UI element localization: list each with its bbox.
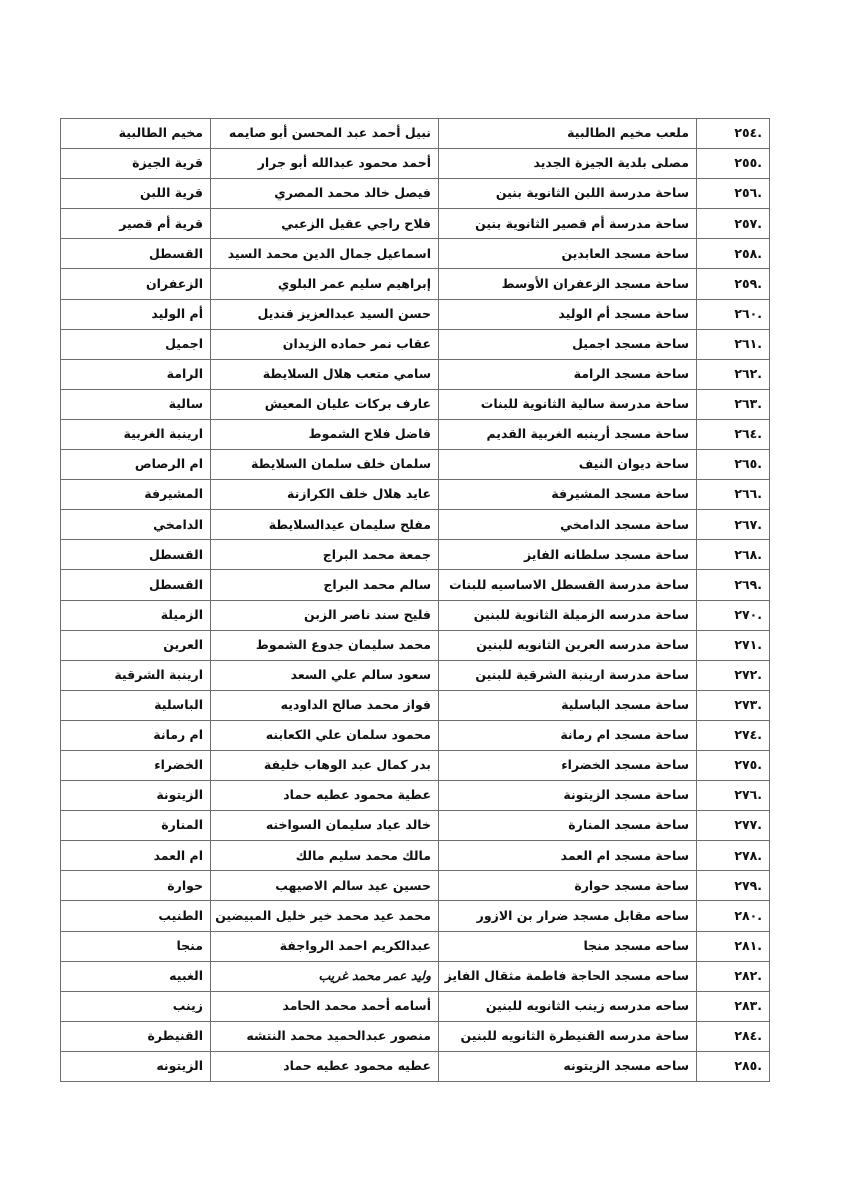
- row-number: .٢٨٠: [697, 901, 770, 931]
- area-cell: الغبيه: [61, 961, 211, 991]
- area-cell: العرين: [61, 630, 211, 660]
- site-cell: ساحة مسجد الخضراء: [439, 750, 697, 780]
- row-number: .٢٥٩: [697, 269, 770, 299]
- table-row: .٢٦٧ساحة مسجد الدامخيمفلح سليمان عيدالسل…: [61, 510, 770, 540]
- area-cell: ارينبة الشرقية: [61, 660, 211, 690]
- responsible-name-cell: فواز محمد صالح الداوديه: [211, 690, 439, 720]
- site-cell: ساحه مقابل مسجد ضرار بن الازور: [439, 901, 697, 931]
- table-row: .٢٧٤ساحة مسجد ام رمانةمحمود سلمان علي ال…: [61, 720, 770, 750]
- row-number: .٢٧٥: [697, 750, 770, 780]
- row-number: .٢٥٤: [697, 119, 770, 149]
- row-number: .٢٦٦: [697, 480, 770, 510]
- site-cell: ساحة مسجد الدامخي: [439, 510, 697, 540]
- responsible-name-cell: عطية محمود عطيه حماد: [211, 781, 439, 811]
- area-cell: الباسلية: [61, 690, 211, 720]
- responsible-name-cell: اسماعيل جمال الدين محمد السيد: [211, 239, 439, 269]
- site-cell: ساحة مدرسه العرين الثانويه للبنين: [439, 630, 697, 660]
- table-row: .٢٦٤ساحة مسجد أرينبه الغربية القديمفاضل …: [61, 419, 770, 449]
- row-number: .٢٦٨: [697, 540, 770, 570]
- site-cell: ساحة مسجد الزعفران الأوسط: [439, 269, 697, 299]
- site-cell: ساحة مسجد ام العمد: [439, 841, 697, 871]
- row-number: .٢٥٥: [697, 149, 770, 179]
- responsible-name-cell: عايد هلال خلف الكرازنة: [211, 480, 439, 510]
- area-cell: القنيطرة: [61, 1021, 211, 1051]
- table-row: .٢٦٢ساحة مسجد الرامةسامي متعب هلال السلا…: [61, 359, 770, 389]
- row-number: .٢٧٤: [697, 720, 770, 750]
- table-row: .٢٥٧ساحة مدرسة أم قصير الثانوية بنينفلاح…: [61, 209, 770, 239]
- site-cell: ساحة مسجد سلطانه الفايز: [439, 540, 697, 570]
- responsible-name-cell: أحمد محمود عبدالله أبو جرار: [211, 149, 439, 179]
- responsible-name-cell: أسامه أحمد محمد الحامد: [211, 991, 439, 1021]
- table-row: .٢٨٥ساحه مسجد الزيتونهعطيه محمود عطيه حم…: [61, 1051, 770, 1081]
- table-row: .٢٧٧ساحة مسجد المنارةخالد عياد سليمان ال…: [61, 811, 770, 841]
- sites-table-body: .٢٥٤ملعب مخيم الطالبيةنبيل أحمد عبد المح…: [61, 119, 770, 1082]
- area-cell: المنارة: [61, 811, 211, 841]
- responsible-name-cell: سامي متعب هلال السلايطة: [211, 359, 439, 389]
- row-number: .٢٧١: [697, 630, 770, 660]
- area-cell: القسطل: [61, 239, 211, 269]
- site-cell: ساحة مسجد المشيرفة: [439, 480, 697, 510]
- area-cell: قرية الجيزة: [61, 149, 211, 179]
- table-row: .٢٦٦ساحة مسجد المشيرفةعايد هلال خلف الكر…: [61, 480, 770, 510]
- site-cell: مصلى بلدية الجيزة الجديد: [439, 149, 697, 179]
- site-cell: ساحة مسجد الزيتونة: [439, 781, 697, 811]
- table-row: .٢٧٨ساحة مسجد ام العمدمالك محمد سليم مال…: [61, 841, 770, 871]
- area-cell: اجميل: [61, 329, 211, 359]
- row-number: .٢٦٧: [697, 510, 770, 540]
- table-row: .٢٧٢ساحة مدرسة ارينبة الشرقية للبنينسعود…: [61, 660, 770, 690]
- row-number: .٢٦٠: [697, 299, 770, 329]
- table-row: .٢٥٤ملعب مخيم الطالبيةنبيل أحمد عبد المح…: [61, 119, 770, 149]
- responsible-name-cell: سلمان خلف سلمان السلايطة: [211, 450, 439, 480]
- area-cell: ام العمد: [61, 841, 211, 871]
- area-cell: ام رمانة: [61, 720, 211, 750]
- site-cell: ساحة مدرسة اللبن الثانوية بنين: [439, 179, 697, 209]
- row-number: .٢٧٠: [697, 600, 770, 630]
- area-cell: الزيتونه: [61, 1051, 211, 1081]
- row-number: .٢٦٣: [697, 389, 770, 419]
- responsible-name-cell: نبيل أحمد عبد المحسن أبو صايمه: [211, 119, 439, 149]
- table-row: .٢٧٣ساحة مسجد الباسليةفواز محمد صالح الد…: [61, 690, 770, 720]
- site-cell: ساحة مدرسة سالية الثانوية للبنات: [439, 389, 697, 419]
- site-cell: ساحة مدرسة القسطل الاساسيه للبنات: [439, 570, 697, 600]
- row-number: .٢٨٥: [697, 1051, 770, 1081]
- responsible-name-cell: بدر كمال عبد الوهاب خليفة: [211, 750, 439, 780]
- table-row: .٢٧٦ساحة مسجد الزيتونةعطية محمود عطيه حم…: [61, 781, 770, 811]
- site-cell: ساحة مدرسه القنيطرة الثانويه للبنين: [439, 1021, 697, 1051]
- responsible-name-cell: محمد سليمان جدوع الشموط: [211, 630, 439, 660]
- row-number: .٢٧٣: [697, 690, 770, 720]
- area-cell: القسطل: [61, 570, 211, 600]
- table-row: .٢٥٩ساحة مسجد الزعفران الأوسطإبراهيم سلي…: [61, 269, 770, 299]
- table-row: .٢٨٣ساحه مدرسه زينب الثانويه للبنينأسامه…: [61, 991, 770, 1021]
- area-cell: الرامة: [61, 359, 211, 389]
- document-page: .٢٥٤ملعب مخيم الطالبيةنبيل أحمد عبد المح…: [0, 0, 850, 1192]
- site-cell: ساحة مسجد ام رمانة: [439, 720, 697, 750]
- table-row: .٢٧٥ساحة مسجد الخضراءبدر كمال عبد الوهاب…: [61, 750, 770, 780]
- area-cell: الزميلة: [61, 600, 211, 630]
- row-number: .٢٧٦: [697, 781, 770, 811]
- responsible-name-cell: عقاب نمر حماده الزيدان: [211, 329, 439, 359]
- area-cell: أم الوليد: [61, 299, 211, 329]
- responsible-name-cell: إبراهيم سليم عمر البلوي: [211, 269, 439, 299]
- row-number: .٢٦٥: [697, 450, 770, 480]
- site-cell: ساحة مدرسه الزميلة الثانوية للبنين: [439, 600, 697, 630]
- table-row: .٢٨٤ساحة مدرسه القنيطرة الثانويه للبنينم…: [61, 1021, 770, 1051]
- row-number: .٢٦٤: [697, 419, 770, 449]
- responsible-name-cell: محمد عيد محمد خير خليل المبيضين: [211, 901, 439, 931]
- site-cell: ساحه مسجد الزيتونه: [439, 1051, 697, 1081]
- row-number: .٢٦٢: [697, 359, 770, 389]
- area-cell: حوارة: [61, 871, 211, 901]
- site-cell: ساحة ديوان النيف: [439, 450, 697, 480]
- row-number: .٢٨٤: [697, 1021, 770, 1051]
- table-row: .٢٨٢ساحه مسجد الحاجة فاطمة مثقال الفايزو…: [61, 961, 770, 991]
- site-cell: ساحة مسجد المنارة: [439, 811, 697, 841]
- site-cell: ساحه مدرسه زينب الثانويه للبنين: [439, 991, 697, 1021]
- table-row: .٢٦٣ساحة مدرسة سالية الثانوية للبناتعارف…: [61, 389, 770, 419]
- site-cell: ساحه مسجد منجا: [439, 931, 697, 961]
- table-row: .٢٧٩ساحة مسجد حوارةحسين عيد سالم الاصيهب…: [61, 871, 770, 901]
- responsible-name-cell: محمود سلمان علي الكعابنه: [211, 720, 439, 750]
- responsible-name-cell: سعود سالم علي السعد: [211, 660, 439, 690]
- responsible-name-cell: حسين عيد سالم الاصيهب: [211, 871, 439, 901]
- site-cell: ساحة مدرسة أم قصير الثانوية بنين: [439, 209, 697, 239]
- responsible-name-cell: فاضل فلاح الشموط: [211, 419, 439, 449]
- site-cell: ساحة مدرسة ارينبة الشرقية للبنين: [439, 660, 697, 690]
- responsible-name-cell: عبدالكريم احمد الرواجفة: [211, 931, 439, 961]
- table-row: .٢٥٥مصلى بلدية الجيزة الجديدأحمد محمود ع…: [61, 149, 770, 179]
- area-cell: ارينبة الغربية: [61, 419, 211, 449]
- table-row: .٢٨٠ساحه مقابل مسجد ضرار بن الازورمحمد ع…: [61, 901, 770, 931]
- site-cell: ساحة مسجد حوارة: [439, 871, 697, 901]
- row-number: .٢٥٧: [697, 209, 770, 239]
- table-row: .٢٧١ساحة مدرسه العرين الثانويه للبنينمحم…: [61, 630, 770, 660]
- area-cell: الزعفران: [61, 269, 211, 299]
- table-row: .٢٨١ساحه مسجد منجاعبدالكريم احمد الرواجف…: [61, 931, 770, 961]
- site-cell: ساحة مسجد العابدين: [439, 239, 697, 269]
- site-cell: ساحة مسجد أم الوليد: [439, 299, 697, 329]
- responsible-name-cell: سالم محمد البراج: [211, 570, 439, 600]
- table-row: .٢٥٨ساحة مسجد العابديناسماعيل جمال الدين…: [61, 239, 770, 269]
- area-cell: ام الرصاص: [61, 450, 211, 480]
- row-number: .٢٥٨: [697, 239, 770, 269]
- row-number: .٢٧٨: [697, 841, 770, 871]
- responsible-name-cell: فيصل خالد محمد المصري: [211, 179, 439, 209]
- row-number: .٢٨٢: [697, 961, 770, 991]
- area-cell: زينب: [61, 991, 211, 1021]
- responsible-name-cell: وليد عمر محمد غريب: [211, 961, 439, 991]
- responsible-name-cell: خالد عياد سليمان السواخنه: [211, 811, 439, 841]
- table-row: .٢٦٠ساحة مسجد أم الوليدحسن السيد عبدالعز…: [61, 299, 770, 329]
- table-row: .٢٥٦ساحة مدرسة اللبن الثانوية بنينفيصل خ…: [61, 179, 770, 209]
- area-cell: الدامخي: [61, 510, 211, 540]
- area-cell: منجا: [61, 931, 211, 961]
- responsible-name-cell: عارف بركات عليان المعيش: [211, 389, 439, 419]
- responsible-name-cell: حسن السيد عبدالعزيز قنديل: [211, 299, 439, 329]
- table-row: .٢٦١ساحة مسجد اجميلعقاب نمر حماده الزيدا…: [61, 329, 770, 359]
- site-cell: ساحة مسجد اجميل: [439, 329, 697, 359]
- row-number: .٢٧٧: [697, 811, 770, 841]
- row-number: .٢٦٩: [697, 570, 770, 600]
- responsible-name-cell: جمعة محمد البراج: [211, 540, 439, 570]
- site-cell: ملعب مخيم الطالبية: [439, 119, 697, 149]
- area-cell: سالية: [61, 389, 211, 419]
- site-cell: ساحة مسجد الرامة: [439, 359, 697, 389]
- area-cell: الزيتونة: [61, 781, 211, 811]
- table-row: .٢٧٠ساحة مدرسه الزميلة الثانوية للبنينفل…: [61, 600, 770, 630]
- responsible-name-cell: فليح سند ناصر الزبن: [211, 600, 439, 630]
- responsible-name-cell: مالك محمد سليم مالك: [211, 841, 439, 871]
- responsible-name-cell: عطيه محمود عطيه حماد: [211, 1051, 439, 1081]
- table-row: .٢٦٥ساحة ديوان النيفسلمان خلف سلمان السل…: [61, 450, 770, 480]
- row-number: .٢٧٢: [697, 660, 770, 690]
- area-cell: قرية أم قصير: [61, 209, 211, 239]
- area-cell: قرية اللبن: [61, 179, 211, 209]
- responsible-name-cell: فلاح راجي عقيل الزعبي: [211, 209, 439, 239]
- area-cell: مخيم الطالبية: [61, 119, 211, 149]
- sites-table: .٢٥٤ملعب مخيم الطالبيةنبيل أحمد عبد المح…: [60, 118, 770, 1082]
- site-cell: ساحه مسجد الحاجة فاطمة مثقال الفايز: [439, 961, 697, 991]
- table-row: .٢٦٨ساحة مسجد سلطانه الفايزجمعة محمد الب…: [61, 540, 770, 570]
- area-cell: الخضراء: [61, 750, 211, 780]
- site-cell: ساحة مسجد الباسلية: [439, 690, 697, 720]
- responsible-name-cell: منصور عبدالحميد محمد النتشه: [211, 1021, 439, 1051]
- area-cell: القسطل: [61, 540, 211, 570]
- row-number: .٢٦١: [697, 329, 770, 359]
- responsible-name-cell: مفلح سليمان عيدالسلايطة: [211, 510, 439, 540]
- row-number: .٢٨٣: [697, 991, 770, 1021]
- area-cell: الطنيب: [61, 901, 211, 931]
- table-row: .٢٦٩ساحة مدرسة القسطل الاساسيه للبناتسال…: [61, 570, 770, 600]
- area-cell: المشيرفة: [61, 480, 211, 510]
- row-number: .٢٥٦: [697, 179, 770, 209]
- row-number: .٢٧٩: [697, 871, 770, 901]
- site-cell: ساحة مسجد أرينبه الغربية القديم: [439, 419, 697, 449]
- row-number: .٢٨١: [697, 931, 770, 961]
